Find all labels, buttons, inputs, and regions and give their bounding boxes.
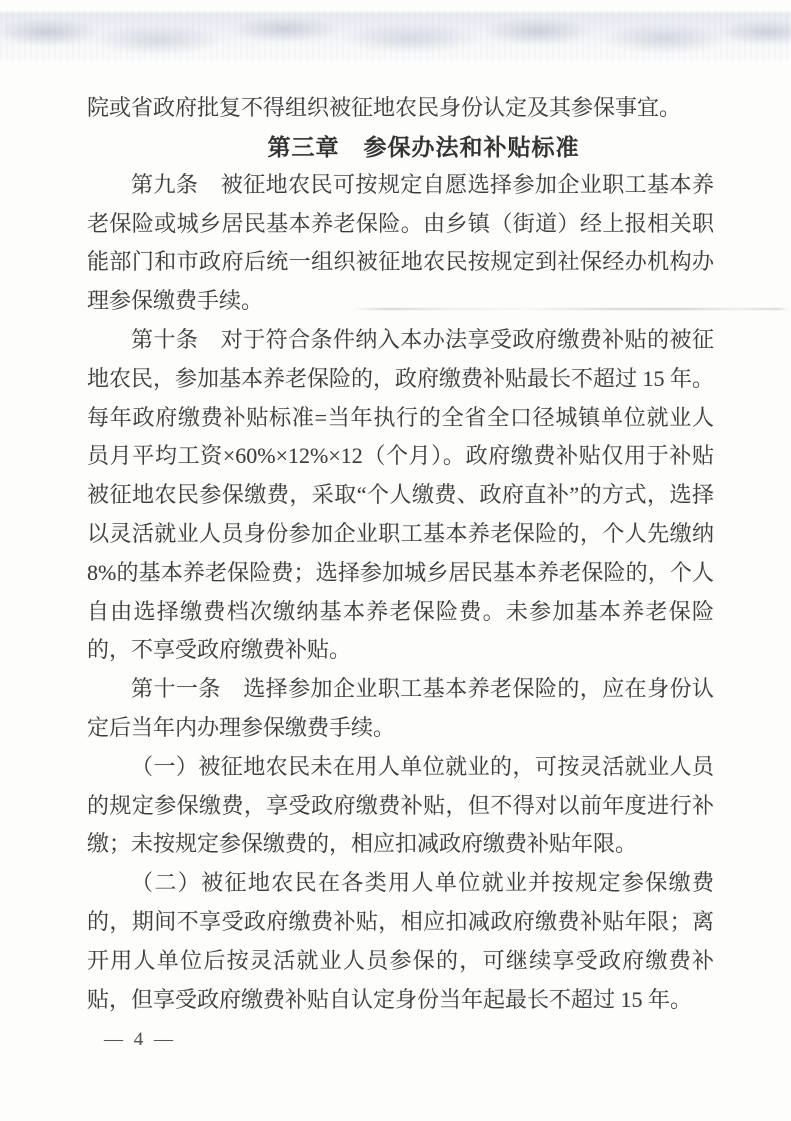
paragraph-article-11-item-1: （一）被征地农民未在用人单位就业的，可按灵活就业人员的规定参保缴费，享受政府缴费…	[87, 748, 714, 864]
scan-noise-band	[0, 12, 791, 60]
paragraph-article-10: 第十条 对于符合条件纳入本办法享受政府缴费补贴的被征地农民，参加基本养老保险的，…	[87, 321, 714, 670]
document-body: 院或省政府批复不得组织被征地农民身份认定及其参保事宜。 第三章 参保办法和补贴标…	[87, 89, 714, 1019]
page-number: — 4 —	[104, 1029, 176, 1051]
paragraph-continuation: 院或省政府批复不得组织被征地农民身份认定及其参保事宜。	[87, 89, 714, 128]
chapter-heading: 第三章 参保办法和补贴标准	[87, 128, 714, 166]
document-page: 院或省政府批复不得组织被征地农民身份认定及其参保事宜。 第三章 参保办法和补贴标…	[0, 0, 791, 1121]
paragraph-article-11: 第十一条 选择参加企业职工基本养老保险的，应在身份认定后当年内办理参保缴费手续。	[87, 670, 714, 748]
paragraph-article-9: 第九条 被征地农民可按规定自愿选择参加企业职工基本养老保险或城乡居民基本养老保险…	[87, 166, 714, 321]
scan-artifact-line	[352, 308, 790, 310]
paragraph-article-11-item-2: （二）被征地农民在各类用人单位就业并按规定参保缴费的，期间不享受政府缴费补贴，相…	[87, 864, 714, 1019]
